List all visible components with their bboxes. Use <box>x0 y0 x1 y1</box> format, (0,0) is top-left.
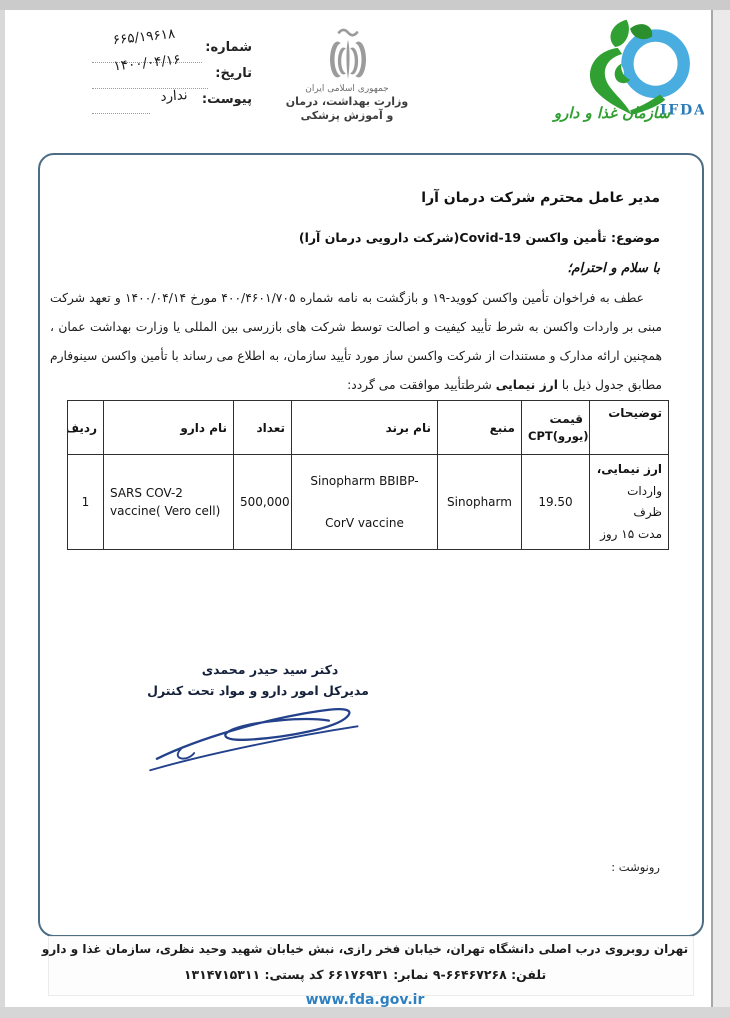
header-notes: توضیحات <box>590 401 669 455</box>
table-row: 1 SARS COV-2 vaccine( Vero cell) 500,000… <box>68 455 669 550</box>
header-source: منبع <box>438 401 522 455</box>
scanned-letter: شماره: ۶۶۵/۱۹۶۱۸ تاریخ: ۱۴۰۰/۰۴/۱۶ پیوست… <box>0 0 730 1018</box>
body-paragraph: عطف به فراخوان تأمین واکسن کووید-۱۹ و با… <box>50 284 662 400</box>
scan-edge-top <box>0 0 730 10</box>
header-brand-name: نام برند <box>292 401 438 455</box>
cell-row-number: 1 <box>68 455 104 550</box>
header-price-line1: قیمت <box>528 412 583 426</box>
header-drug-name: نام دارو <box>104 401 234 455</box>
header-price: قیمت CPT(یورو) <box>522 401 590 455</box>
salutation-line: با سلام و احترام؛ <box>450 261 660 276</box>
ifda-calligraphy: سازمان غذا و دارو <box>548 104 676 122</box>
scan-edge-right <box>713 10 730 1007</box>
subject-line: موضوع: تأمین واکسن Covid-19(شرکت دارویی … <box>150 230 660 245</box>
notes-bold: ارز نیمایی، <box>596 459 662 481</box>
recipient-line: مدیر عامل محترم شرکت درمان آرا <box>250 190 660 206</box>
cell-drug-name: SARS COV-2 vaccine( Vero cell) <box>104 455 234 550</box>
signatory-name: دکتر سید حیدر محمدی <box>165 662 375 677</box>
brand-line1: Sinopharm BBIBP- <box>298 474 431 488</box>
ministry-line3: و آموزش پزشکی <box>283 109 411 122</box>
ministry-line1: جمهوری اسلامی ایران <box>288 84 406 94</box>
vaccine-table: ردیف نام دارو تعداد نام برند منبع قیمت C… <box>67 400 669 550</box>
header-row-number: ردیف <box>68 401 104 455</box>
header-price-line2: CPT(یورو) <box>528 429 583 443</box>
brand-line2: CorV vaccine <box>298 516 431 530</box>
signature-stroke <box>138 690 386 776</box>
dotted-line <box>92 112 150 114</box>
cell-notes: ارز نیمایی، واردات ظرف مدت ۱۵ روز <box>590 455 669 550</box>
cell-source: Sinopharm <box>438 455 522 550</box>
footer-website: www.fda.gov.ir <box>40 992 690 1008</box>
iran-emblem-icon <box>325 25 371 85</box>
cell-price: 19.50 <box>522 455 590 550</box>
header-quantity: تعداد <box>234 401 292 455</box>
cell-quantity: 500,000 <box>234 455 292 550</box>
notes-line3: مدت ۱۵ روز <box>596 524 662 546</box>
body-bold-currency: ارز نیمایی <box>496 378 558 392</box>
cc-label: رونوشت : <box>598 860 660 874</box>
notes-line2: واردات ظرف <box>596 481 662 524</box>
table-header-row: ردیف نام دارو تعداد نام برند منبع قیمت C… <box>68 401 669 455</box>
footer-address: تهران روبروی درب اصلی دانشگاه تهران، خیا… <box>40 942 690 956</box>
scan-edge-bottom <box>0 1007 730 1018</box>
ministry-line2: وزارت بهداشت، درمان <box>283 95 411 108</box>
cell-brand-name: Sinopharm BBIBP- CorV vaccine <box>292 455 438 550</box>
footer-contact: تلفن: ۶۶۴۶۷۲۶۸-۹ نمابر: ۶۶۱۷۶۹۳۱ کد پستی… <box>40 967 690 982</box>
body-text-end: شرطتأیید موافقت می گردد: <box>347 378 496 392</box>
body-text: عطف به فراخوان تأمین واکسن کووید-۱۹ و با… <box>50 291 662 392</box>
